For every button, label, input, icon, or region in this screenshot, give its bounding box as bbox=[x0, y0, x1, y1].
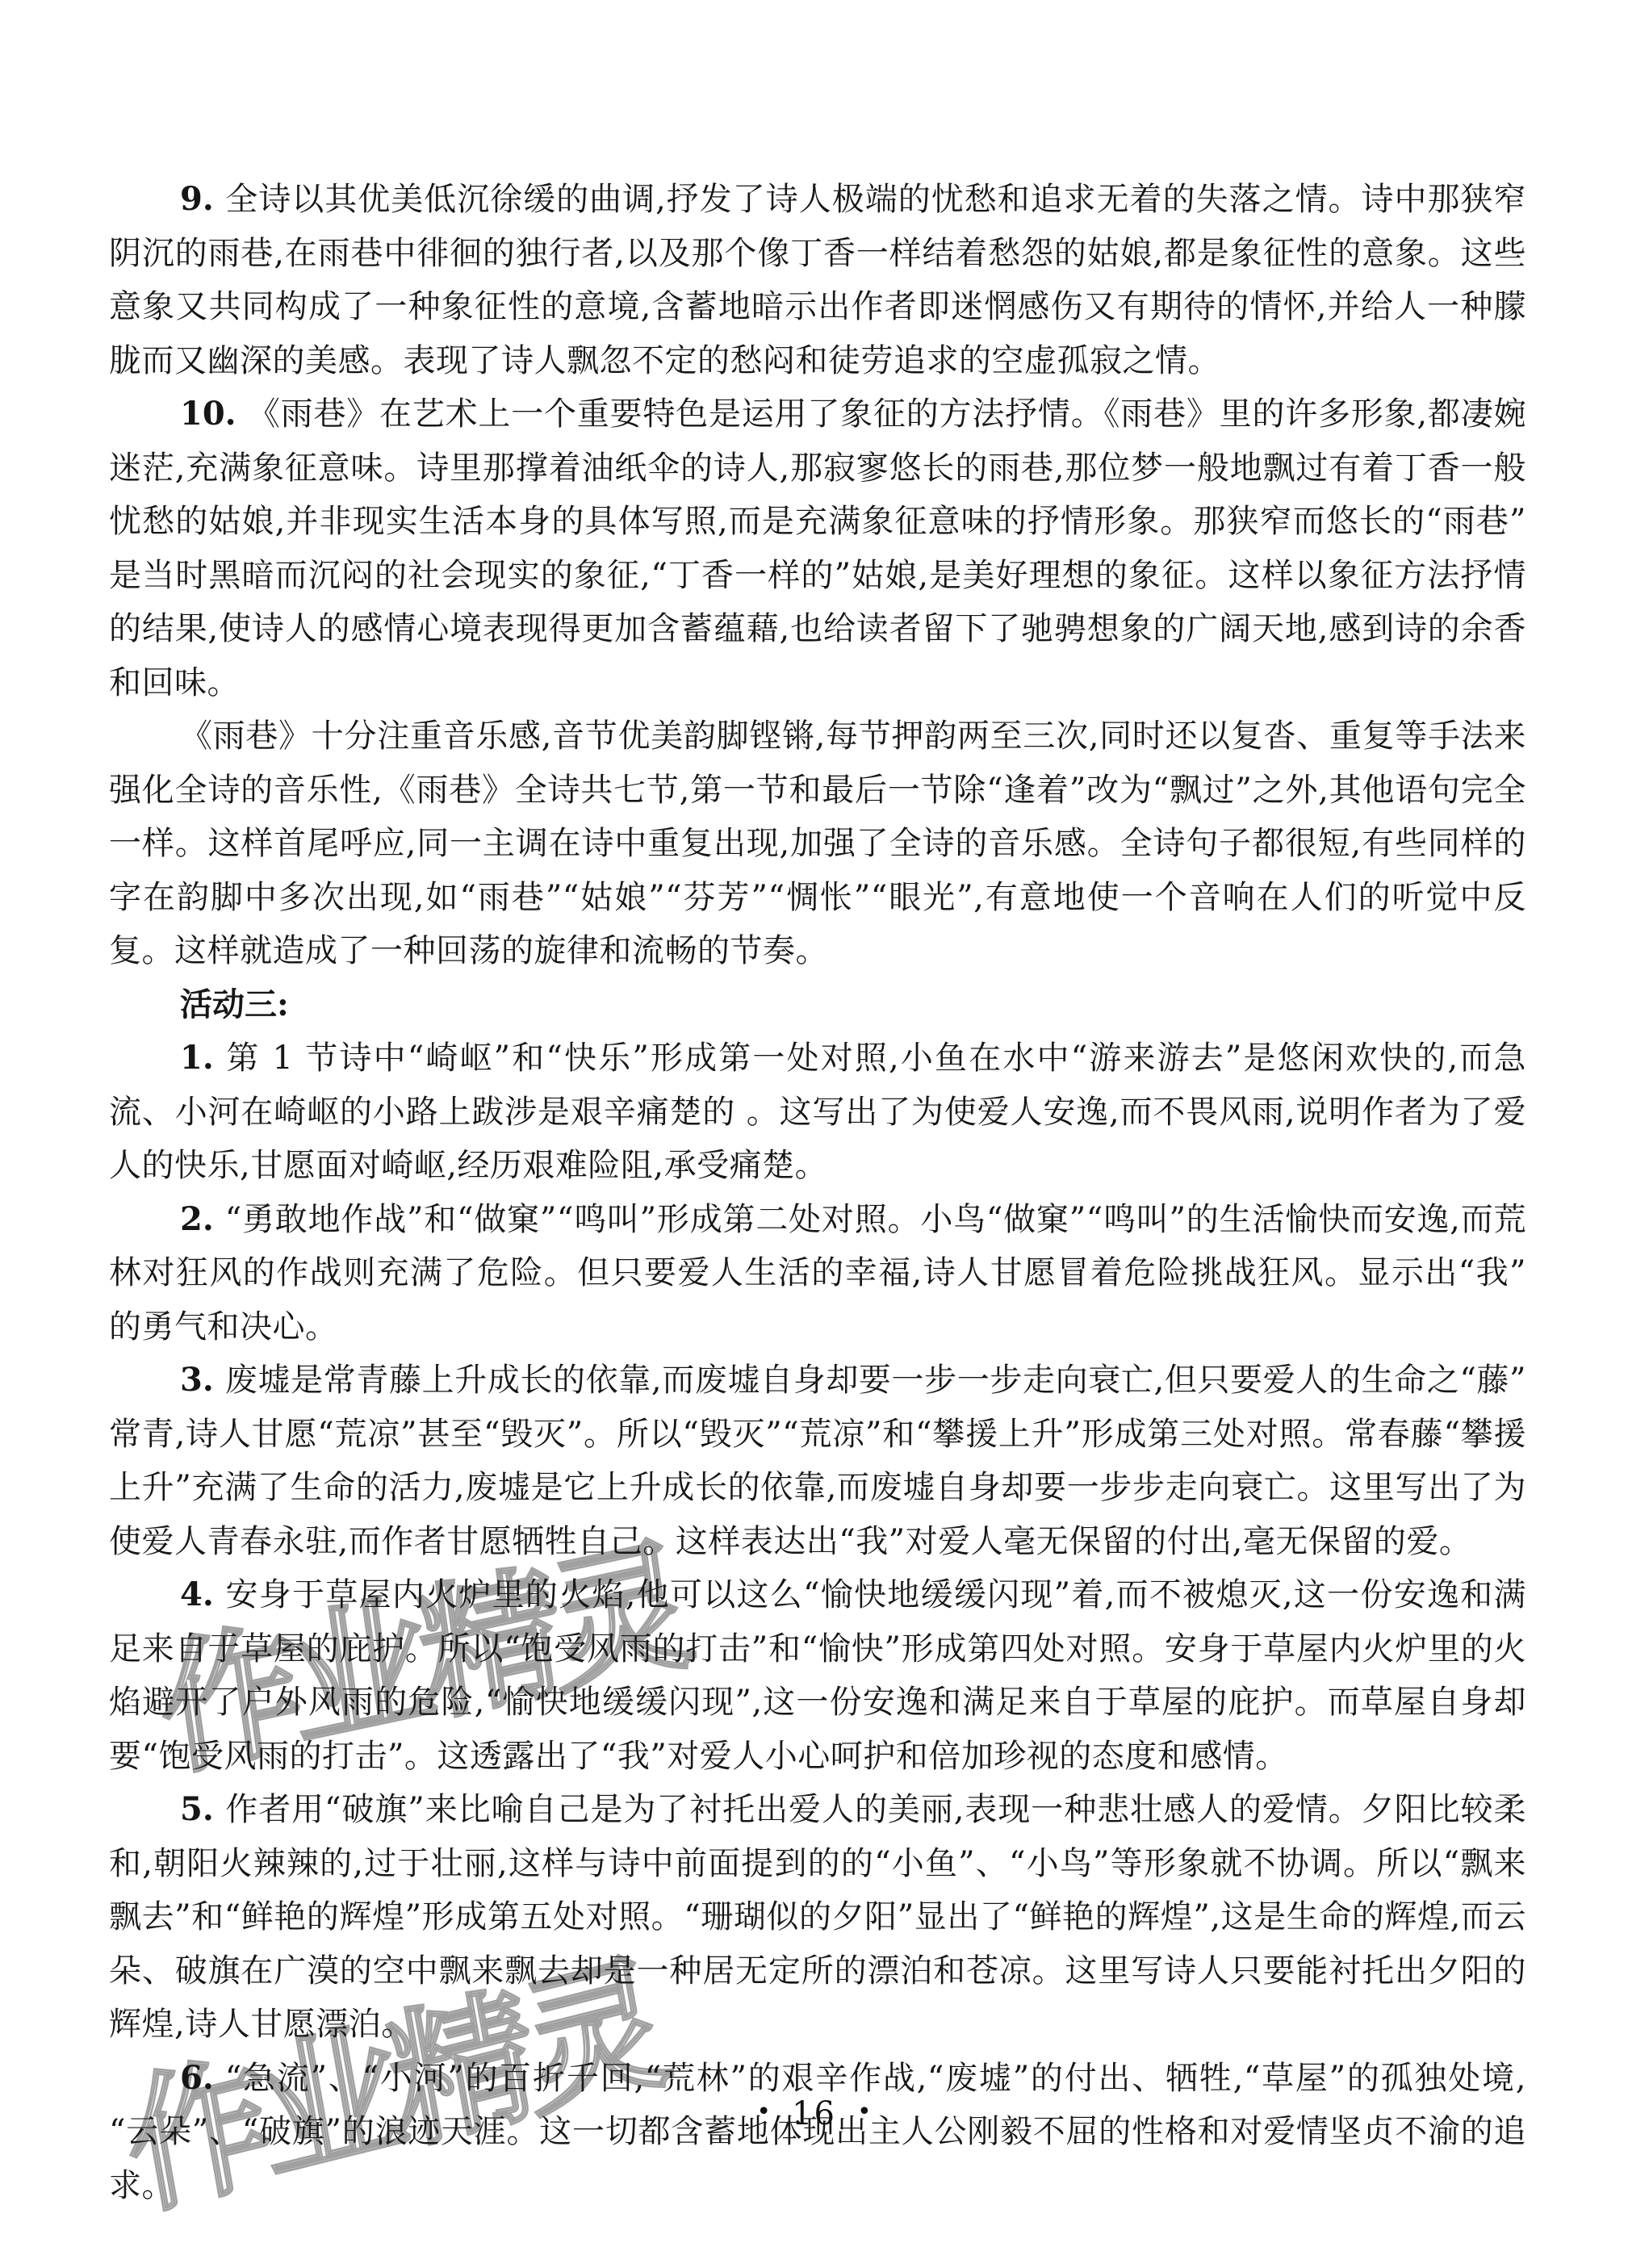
paragraph: 2.“勇敢地作战”和“做窠”“鸣叫”形成第二处对照。小鸟“做窠”“鸣叫”的生活愉… bbox=[109, 1193, 1526, 1354]
page-number: 16 bbox=[792, 2095, 836, 2132]
paragraph: 3.废墟是常青藤上升成长的依靠,而废墟自身却要一步一步走向衰亡,但只要爱人的生命… bbox=[109, 1354, 1526, 1568]
paragraph-number: 6. bbox=[180, 2059, 214, 2097]
paragraph-number: 4. bbox=[180, 1575, 214, 1613]
paragraph: 《雨巷》十分注重音乐感,音节优美韵脚铿锵,每节押韵两至三次,同时还以复沓、重复等… bbox=[109, 709, 1526, 978]
page-footer: •16• bbox=[0, 2095, 1628, 2132]
paragraph: 1.第 1 节诗中“崎岖”和“快乐”形成第一处对照,小鱼在水中“游来游去”是悠闲… bbox=[109, 1031, 1526, 1193]
paragraph: 10.《雨巷》在艺术上一个重要特色是运用了象征的方法抒情。《雨巷》里的许多形象,… bbox=[109, 387, 1526, 709]
paragraph-number: 1. bbox=[180, 1039, 214, 1077]
footer-dot-right: • bbox=[857, 2098, 872, 2126]
paragraph-number: 5. bbox=[180, 1790, 214, 1828]
paragraph-number: 10. bbox=[180, 395, 236, 433]
paragraph: 9.全诗以其优美低沉徐缓的曲调,抒发了诗人极端的忧愁和追求无着的失落之情。诗中那… bbox=[109, 173, 1526, 387]
paragraph: 5.作者用“破旗”来比喻自己是为了衬托出爱人的美丽,表现一种悲壮感人的爱情。夕阳… bbox=[109, 1783, 1526, 2052]
paragraph: 4.安身于草屋内火炉里的火焰,他可以这么“愉快地缓缓闪现”着,而不被熄灭,这一份… bbox=[109, 1568, 1526, 1783]
document-page: 作业精灵 作业精灵 9.全诗以其优美低沉徐缓的曲调,抒发了诗人极端的忧愁和追求无… bbox=[0, 0, 1628, 2268]
paragraph-number: 2. bbox=[180, 1200, 214, 1238]
footer-dot-left: • bbox=[756, 2098, 771, 2126]
document-body: 9.全诗以其优美低沉徐缓的曲调,抒发了诗人极端的忧愁和追求无着的失落之情。诗中那… bbox=[109, 173, 1526, 2212]
paragraph-number: 9. bbox=[180, 180, 214, 218]
paragraph-number: 3. bbox=[180, 1361, 214, 1399]
section-heading: 活动三: bbox=[109, 978, 1526, 1032]
paragraph-number: 活动三: bbox=[180, 985, 289, 1023]
